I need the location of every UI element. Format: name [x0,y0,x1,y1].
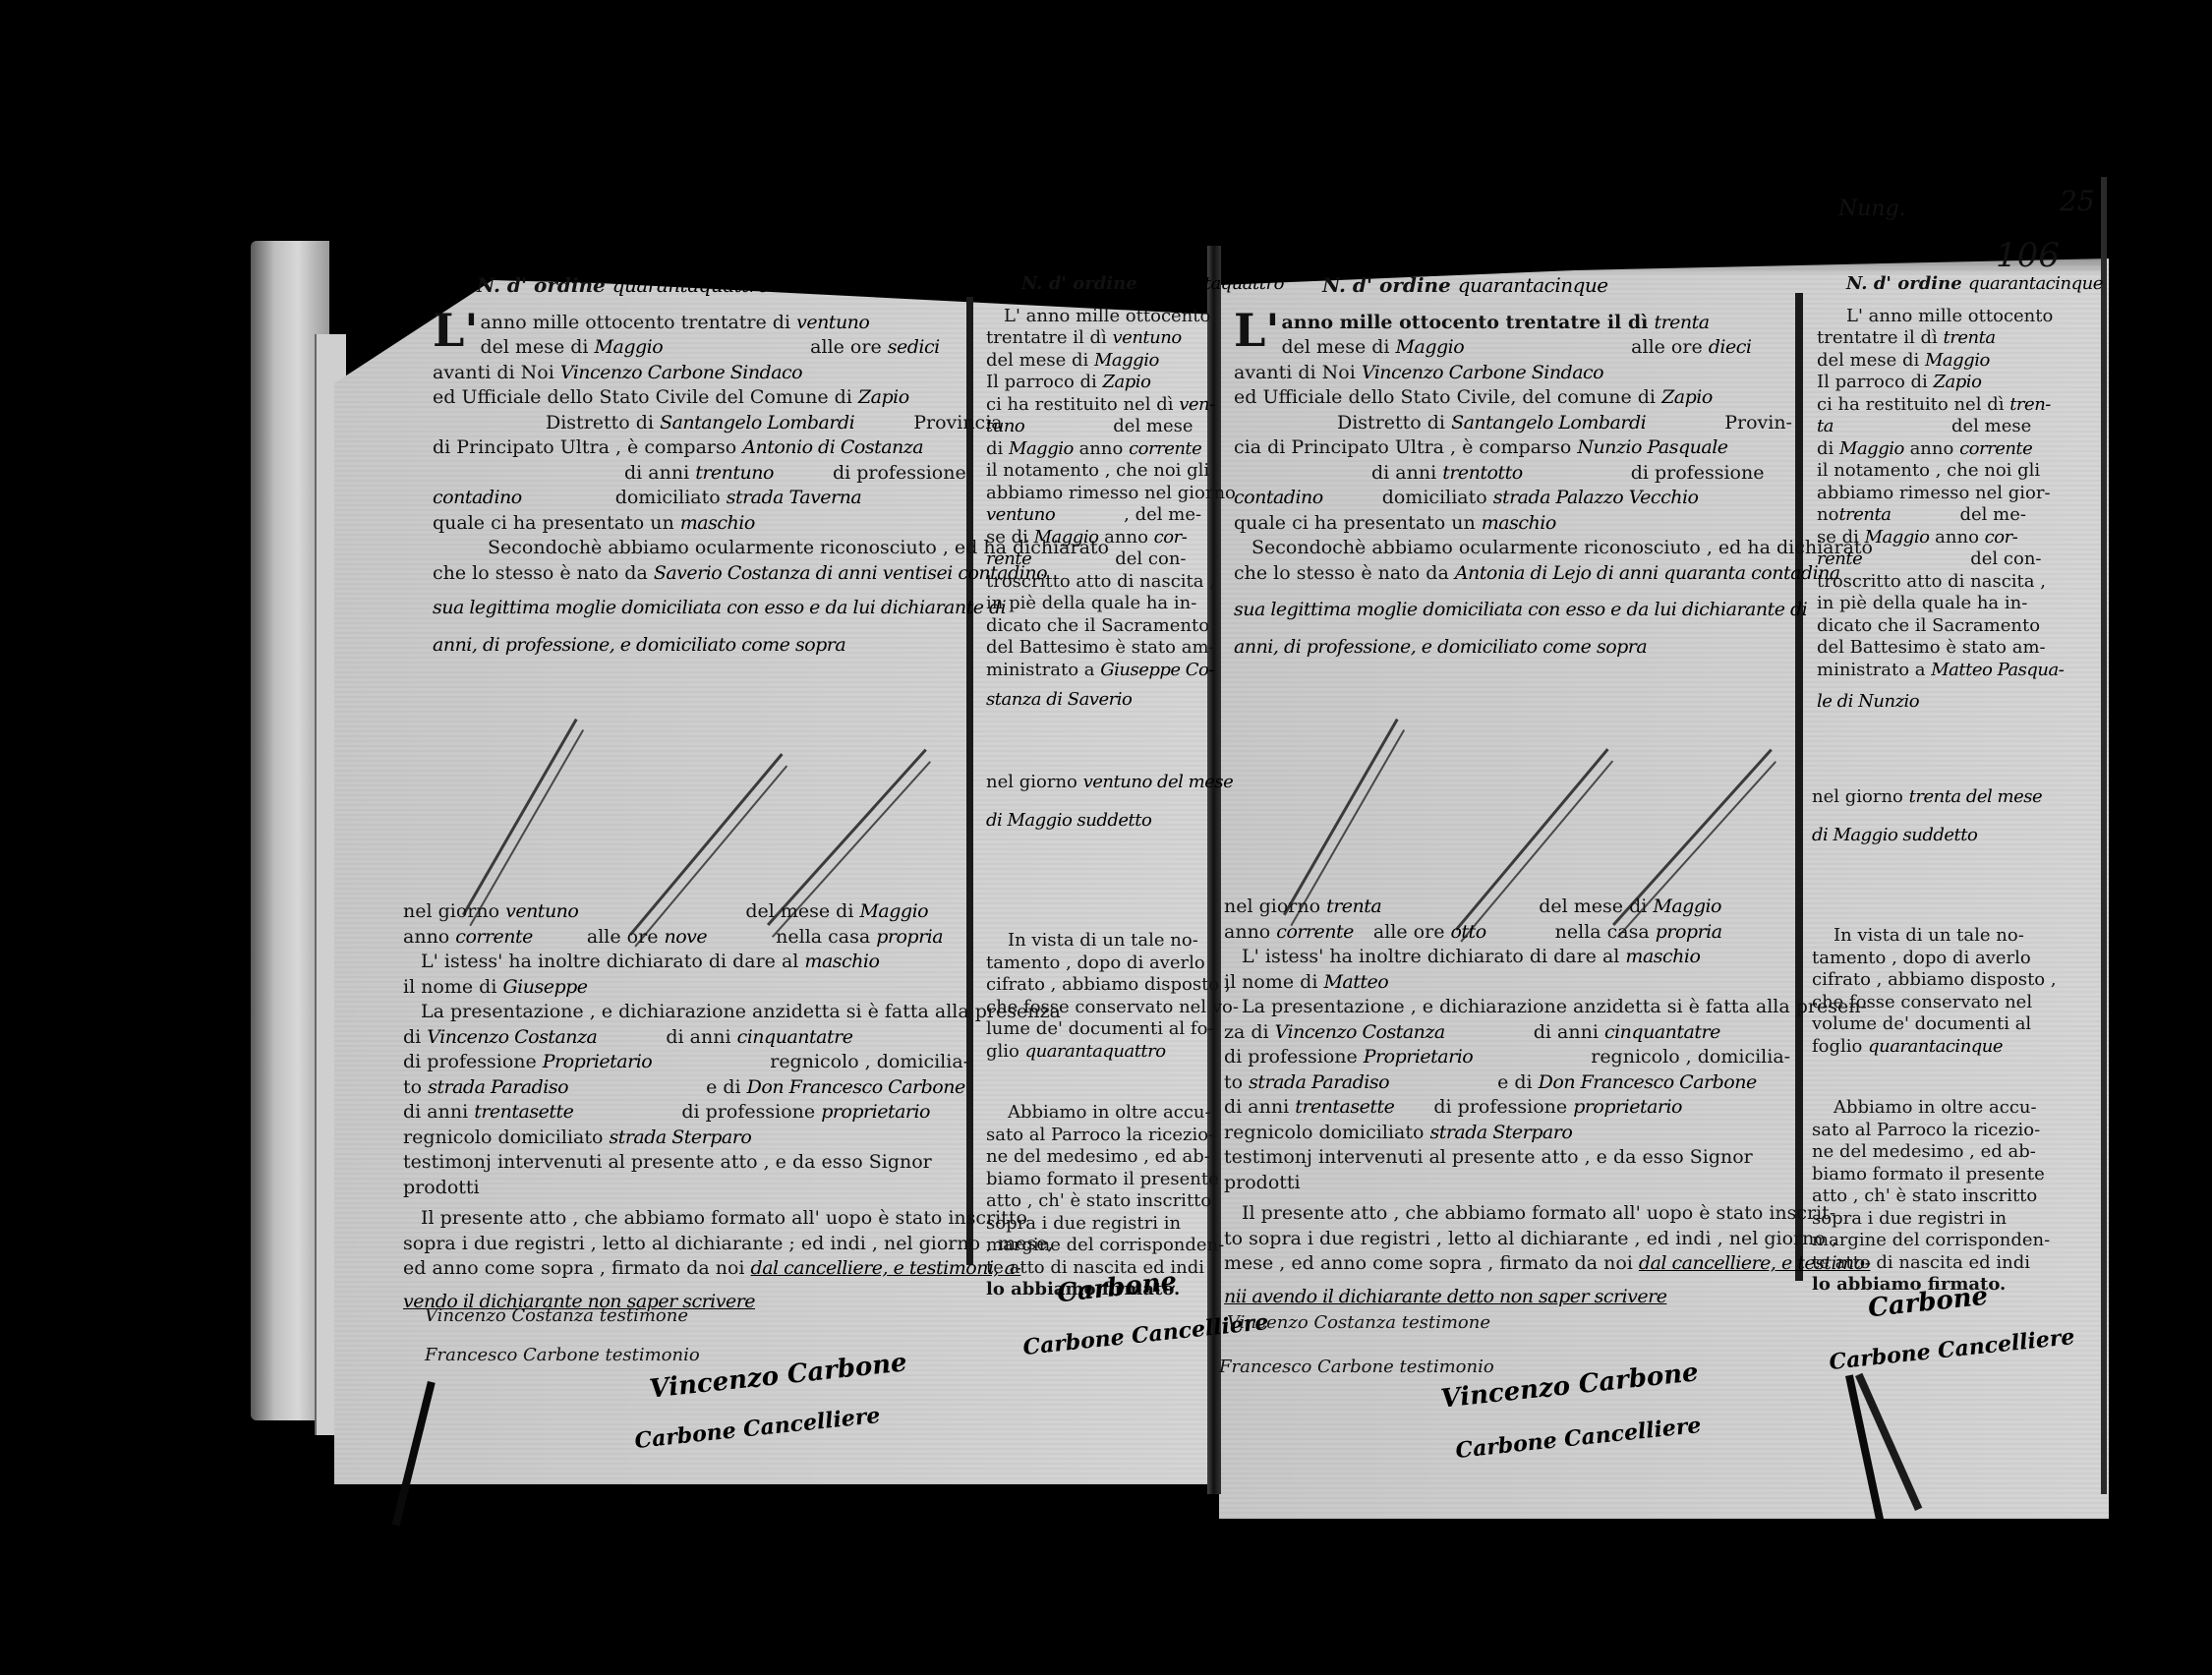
witness-signature: Vincenzo Costanza testimone [425,1305,688,1326]
record-line: di anni trentunodi professione [433,461,963,487]
open-register-book: Nung. 25 106 N. d' ordine quarantaquattr… [0,0,2212,1675]
record-line: testimonj intervenuti al presente atto ,… [403,1150,963,1176]
left-page-column-rule [966,297,973,1265]
right-side-column: N. d' ordine quarantacinque L' anno mill… [1817,273,2097,714]
folio-number: 25 [2060,185,2095,217]
left-main-column: N. d' ordine quarantaquattro L'anno mill… [433,273,963,658]
record-line: Secondochè abbiamo ocularmente riconosci… [433,536,963,561]
record-line: il nome di Giuseppe [403,975,963,1001]
record-line: anni, di professione, e domiciliato come… [433,633,963,659]
record-line: avanti di Noi Vincenzo Carbone Sindaco [433,361,963,386]
record-line: prodotti [403,1176,963,1201]
record-line: di Principato Ultra , è comparso Antonio… [433,435,963,461]
left-side-column: N. d' ordine quarantaquattro L' anno mil… [986,273,1207,712]
record-line: L'anno mille ottocento trentatre di vent… [433,311,963,336]
record-line: regnicolo domiciliato strada Sterparo [403,1126,963,1151]
order-number-header: N. d' ordine quarantacinque [1817,273,2097,296]
record-line: di Vincenzo Costanzadi anni cinquantatre [403,1025,963,1051]
record-line: che lo stesso è nato da Saverio Costanza… [433,561,963,587]
record-line: di anni trentasettedi professione propri… [403,1100,963,1126]
witness-signature: Francesco Carbone testimonio [1219,1357,1494,1377]
book-gutter [1207,246,1221,1494]
record-line: anno correntealle ore novenella casa pro… [403,925,963,951]
right-main-column: N. d' ordine quarantacinque L'anno mille… [1234,273,1794,660]
binding-shadow [629,236,2104,275]
record-line: Distretto di Santangelo LombardiProvinci… [433,411,963,436]
record-line: nel giorno ventunodel mese di Maggio [403,899,963,925]
folio-note: Nung. [1838,197,1906,221]
order-number-header: N. d' ordine quarantacinque [1234,273,1794,299]
right-side-lower: nel giorno trenta del mese di Maggio sud… [1812,786,2097,1297]
left-side-lower: nel giorno ventuno del mese di Maggio su… [986,772,1207,1301]
record-line: to strada Paradisoe di Don Francesco Car… [403,1075,963,1101]
order-number-header: N. d' ordine quarantaquattro [986,273,1207,296]
order-number-header: N. d' ordine quarantaquattro [433,273,963,299]
left-main-lower: nel giorno ventunodel mese di Maggio ann… [403,899,963,1314]
record-line: La presentazione , e dichiarazione anzid… [403,1000,963,1025]
record-line: quale ci ha presentato un maschio [433,511,963,537]
record-line: Il presente atto , che abbiamo formato a… [403,1206,963,1232]
witness-signature: Francesco Carbone testimonio [425,1345,700,1365]
record-line: sopra i due registri , letto al dichiara… [403,1232,963,1257]
record-line: sua legittima moglie domiciliata con ess… [433,596,963,621]
record-line: di professione Proprietarioregnicolo , d… [403,1050,963,1075]
record-line: contadinodomiciliato strada Taverna [433,486,963,511]
right-main-lower: nel giorno trentadel mese di Maggio anno… [1224,895,1799,1309]
record-line: ed Ufficiale dello Stato Civile del Comu… [433,385,963,411]
record-line: L' istess' ha inoltre dichiarato di dare… [403,950,963,975]
witness-signature: Vincenzo Costanza testimone [1227,1312,1490,1333]
right-page-edge-rule [2101,177,2107,1494]
record-line: ed anno come sopra , firmato da noi dal … [403,1256,963,1282]
record-line: del mese di Maggioalle ore sedici [433,335,963,361]
stamp-number: 106 [1996,236,2060,275]
